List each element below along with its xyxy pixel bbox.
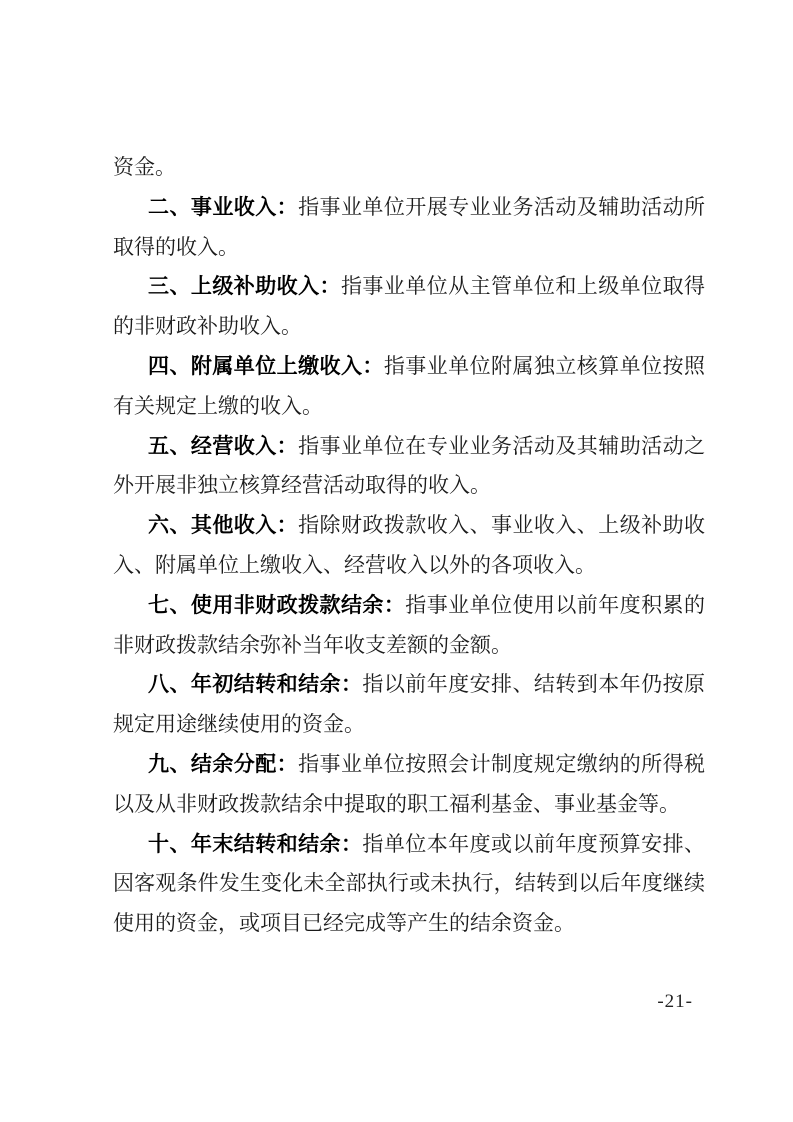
- definition-paragraph: 八、年初结转和结余：指以前年度安排、结转到本年仍按原规定用途继续使用的资金。: [113, 665, 705, 745]
- term-label: 四、附属单位上缴收入：: [148, 354, 384, 378]
- definition-paragraph: 九、结余分配：指事业单位按照会计制度规定缴纳的所得税以及从非财政拨款结余中提取的…: [113, 745, 705, 825]
- term-label: 八、年初结转和结余：: [148, 672, 362, 696]
- definition-paragraph: 五、经营收入：指事业单位在专业业务活动及其辅助活动之外开展非独立核算经营活动取得…: [113, 427, 705, 507]
- term-label: 六、其他收入：: [148, 513, 298, 537]
- definition-paragraph: 六、其他收入：指除财政拨款收入、事业收入、上级补助收入、附属单位上缴收入、经营收…: [113, 506, 705, 586]
- definition-paragraph: 三、上级补助收入：指事业单位从主管单位和上级单位取得的非财政补助收入。: [113, 267, 705, 347]
- term-label: 十、年末结转和结余：: [148, 832, 362, 856]
- continuation-text: 资金。: [113, 155, 176, 179]
- definition-paragraph: 十、年末结转和结余：指单位本年度或以前年度预算安排、因客观条件发生变化未全部执行…: [113, 825, 705, 944]
- term-label: 三、上级补助收入：: [148, 274, 341, 298]
- page-number: -21-: [657, 991, 693, 1013]
- definition-paragraph: 七、使用非财政拨款结余：指事业单位使用以前年度积累的非财政拨款结余弥补当年收支差…: [113, 586, 705, 666]
- term-label: 五、经营收入：: [148, 434, 298, 458]
- term-label: 七、使用非财政拨款结余：: [148, 593, 405, 617]
- term-label: 九、结余分配：: [148, 752, 298, 776]
- definition-paragraph: 四、附属单位上缴收入：指事业单位附属独立核算单位按照有关规定上缴的收入。: [113, 347, 705, 427]
- document-body: 资金。 二、事业收入：指事业单位开展专业业务活动及辅助活动所取得的收入。 三、上…: [113, 148, 705, 944]
- term-label: 二、事业收入：: [148, 195, 298, 219]
- definition-paragraph: 二、事业收入：指事业单位开展专业业务活动及辅助活动所取得的收入。: [113, 188, 705, 268]
- document-page: 资金。 二、事业收入：指事业单位开展专业业务活动及辅助活动所取得的收入。 三、上…: [0, 0, 793, 1122]
- continuation-paragraph: 资金。: [113, 148, 705, 188]
